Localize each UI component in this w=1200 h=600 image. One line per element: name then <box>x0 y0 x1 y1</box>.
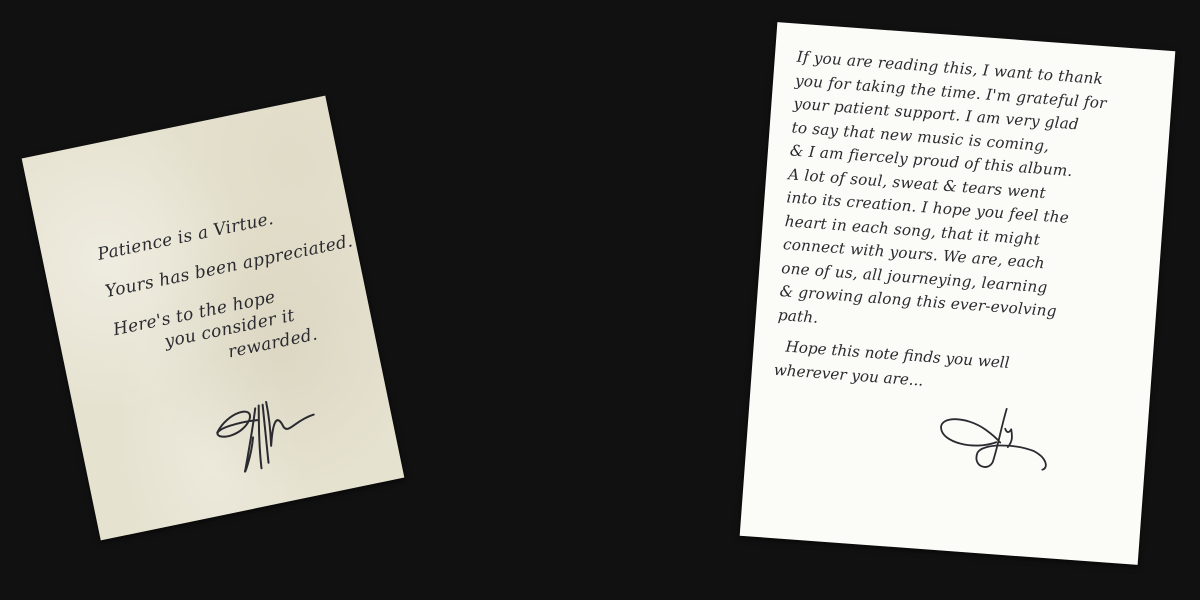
handwritten-letter: If you are reading this, I want to thank… <box>740 22 1176 565</box>
signature-icon <box>206 384 330 485</box>
letter-body: If you are reading this, I want to thank… <box>777 46 1162 354</box>
scene: Patience is a Virtue. Yours has been app… <box>0 0 1200 600</box>
parchment-note-card: Patience is a Virtue. Yours has been app… <box>22 96 405 541</box>
signature-icon <box>932 398 1057 477</box>
